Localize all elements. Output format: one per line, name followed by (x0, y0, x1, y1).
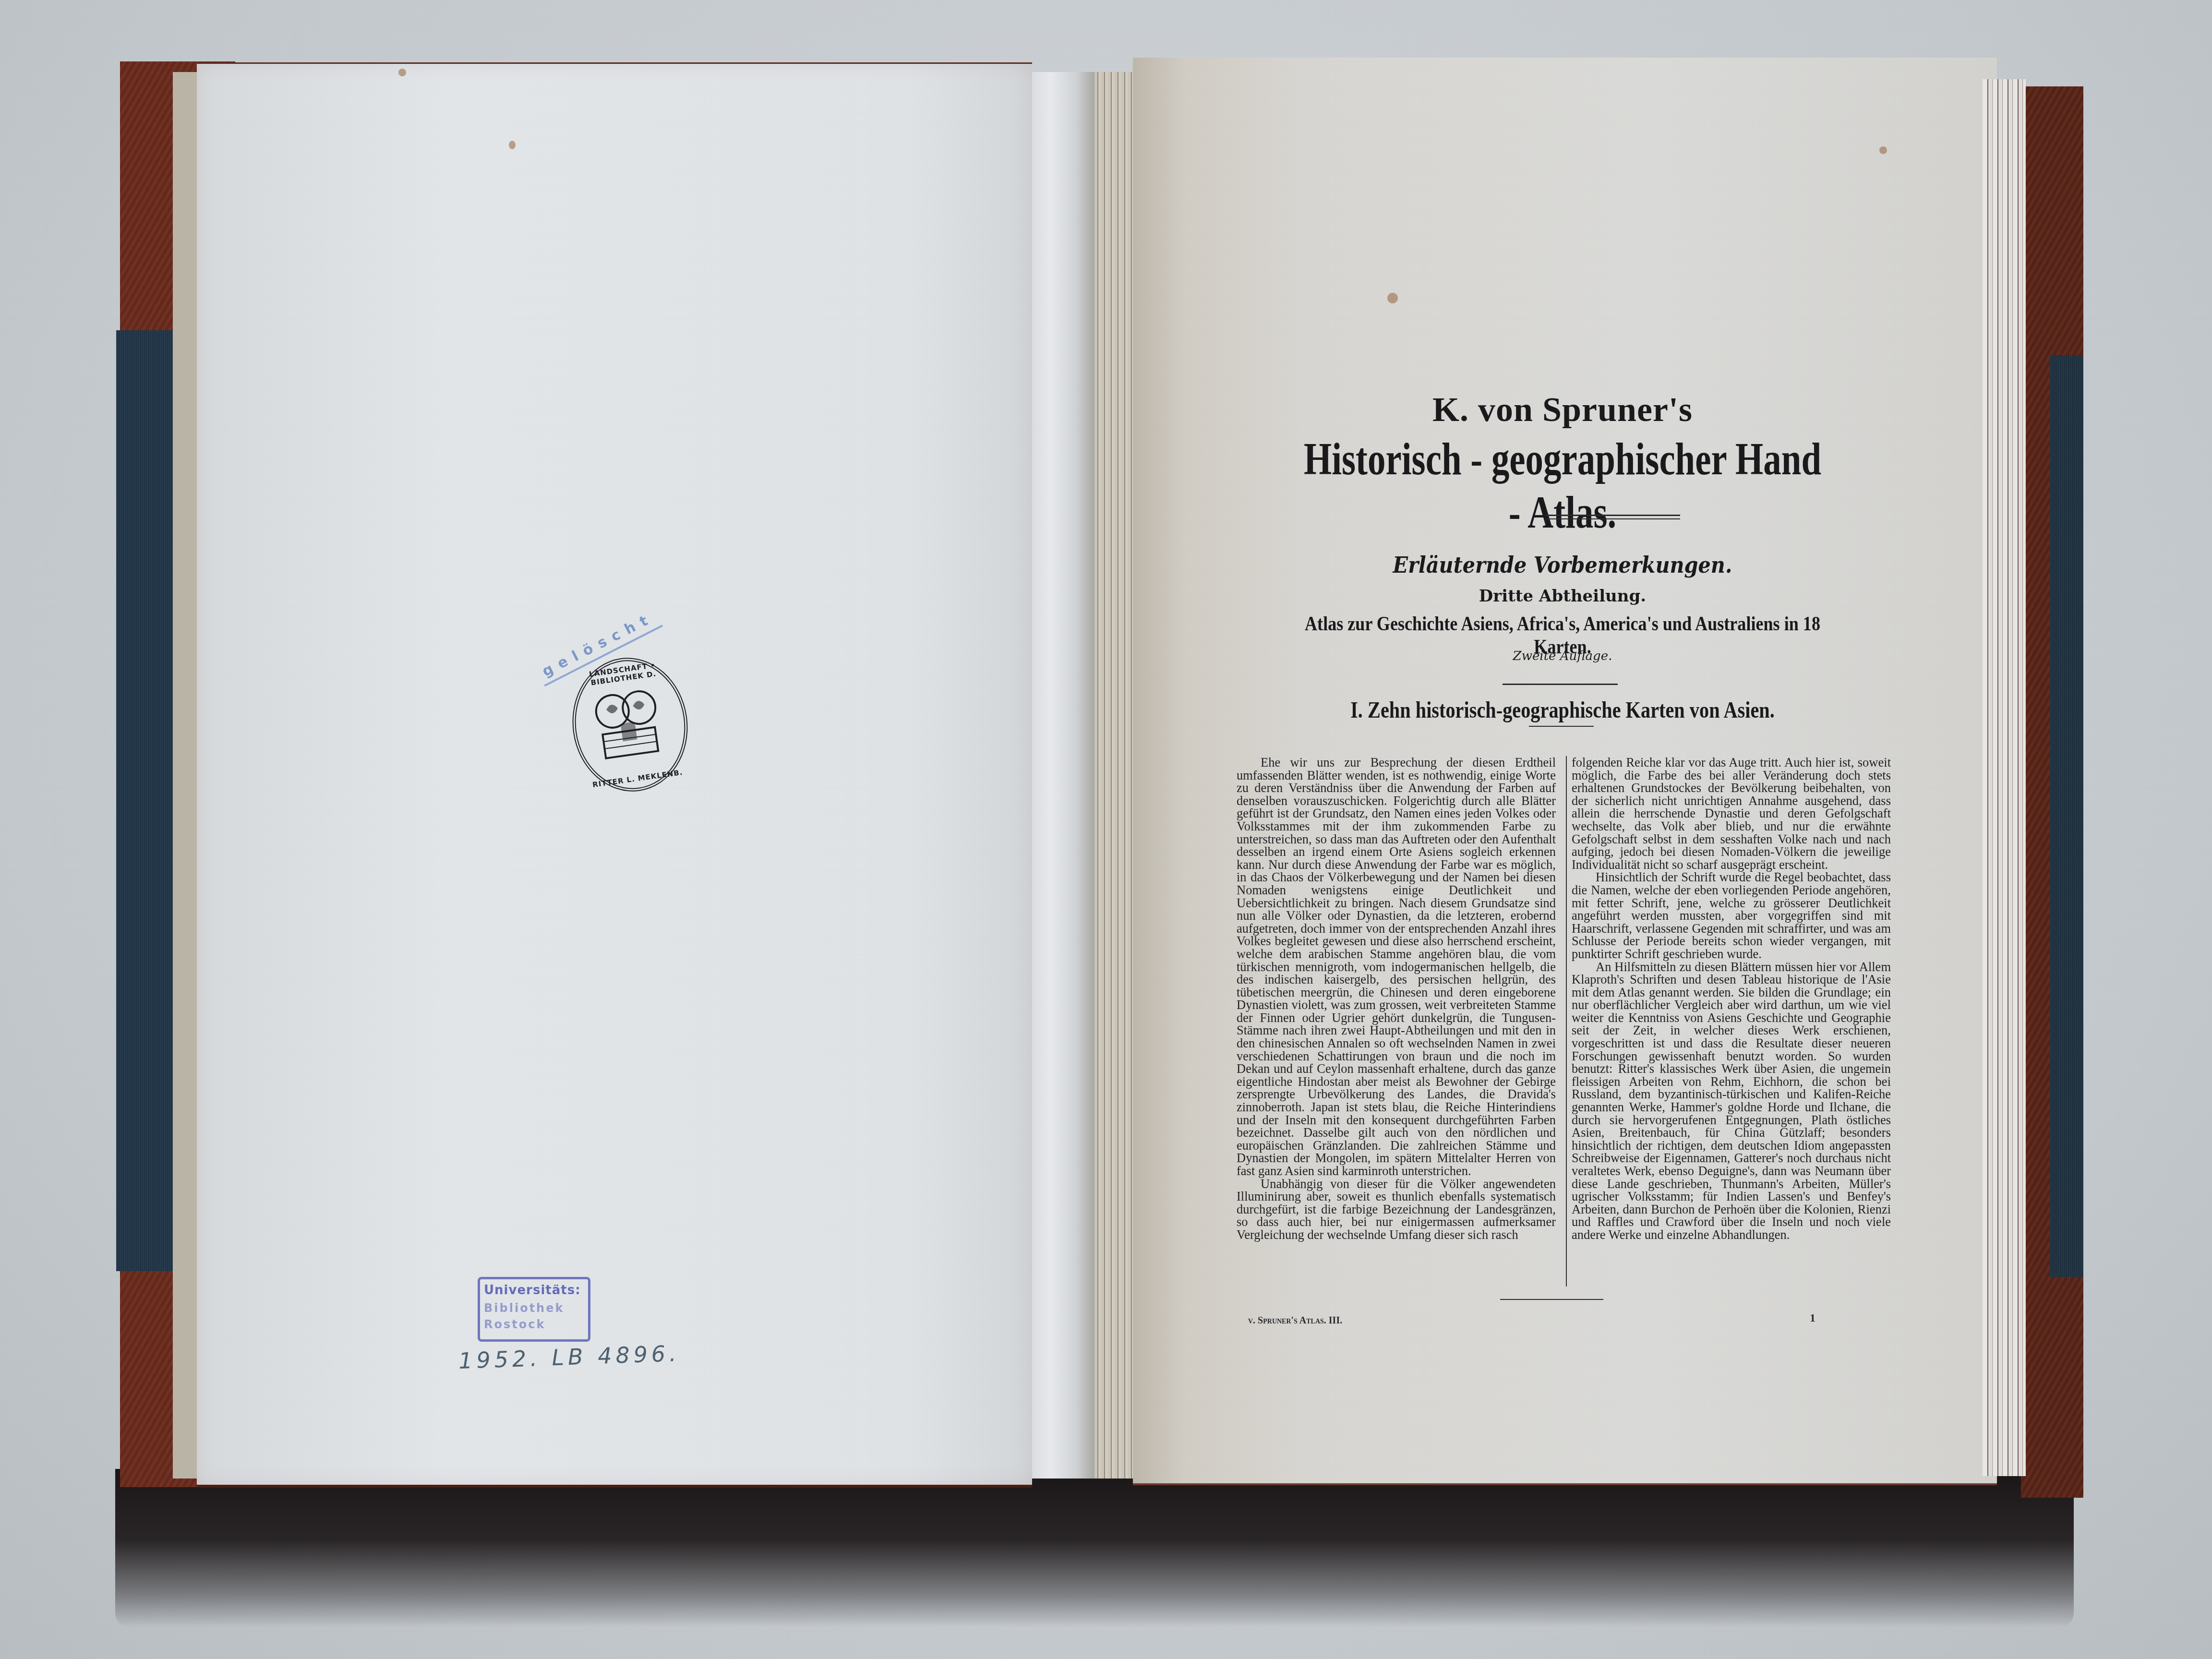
foxing-spot (1387, 293, 1398, 303)
text-column-right: folgenden Reiche klar vor das Auge tritt… (1566, 756, 1891, 1286)
page-number: 1 (1810, 1312, 1815, 1325)
paragraph: folgenden Reiche klar vor das Auge tritt… (1572, 756, 1891, 871)
text-column-left: Ehe wir uns zur Besprechung der diesen E… (1237, 756, 1556, 1241)
title-author: K. von Spruner's (1229, 390, 1896, 430)
section-heading: I. Zehn historisch-geographische Karten … (1282, 697, 1843, 723)
foxing-spot (509, 141, 516, 149)
footer-signature: v. Spruner's Atlas. III. (1248, 1315, 1342, 1326)
show-through-text: ​ (331, 227, 974, 271)
section-divider-top (1503, 684, 1618, 685)
stamp-line-2: Bibliothek (484, 1301, 564, 1315)
subtitle: Erläuternde Vorbemerkungen. (1262, 552, 1863, 578)
table-shadow (115, 1469, 2074, 1627)
paragraph: Ehe wir uns zur Besprechung der diesen E… (1237, 756, 1556, 1178)
paragraph: An Hilfsmitteln zu diesen Blättern müsse… (1572, 961, 1891, 1241)
column-end-rule-right (1555, 1299, 1603, 1300)
column-end-rule-left (1500, 1299, 1558, 1300)
edition-label: Zweite Auflage. (1229, 649, 1896, 663)
gutter-left (1032, 72, 1094, 1479)
foxing-spot (1879, 146, 1887, 154)
gutter-right (1094, 72, 1138, 1479)
title-divider (1546, 515, 1680, 516)
right-cover-cloth (2050, 355, 2083, 1277)
title-main: Historisch - geographischer Hand - Atlas… (1302, 432, 1823, 539)
paragraph: Hinsichtlich der Schrift wurde die Regel… (1572, 871, 1891, 960)
coat-of-arms-icon (589, 684, 666, 764)
section-divider-bottom (1529, 726, 1594, 727)
stamp-line-3: Rostock (484, 1318, 545, 1331)
division-label: Dritte Abtheilung. (1229, 587, 1896, 606)
page-fore-edge (1983, 79, 2026, 1476)
university-library-stamp: Universitäts: Bibliothek Rostock (478, 1277, 590, 1342)
left-cover-cloth (116, 330, 174, 1271)
foxing-spot (398, 69, 406, 76)
paragraph: Unabhängig von dieser für die Völker ang… (1237, 1178, 1556, 1241)
stamp-line-1: Universitäts: (484, 1283, 581, 1298)
right-cover-leather (2021, 86, 2083, 1498)
